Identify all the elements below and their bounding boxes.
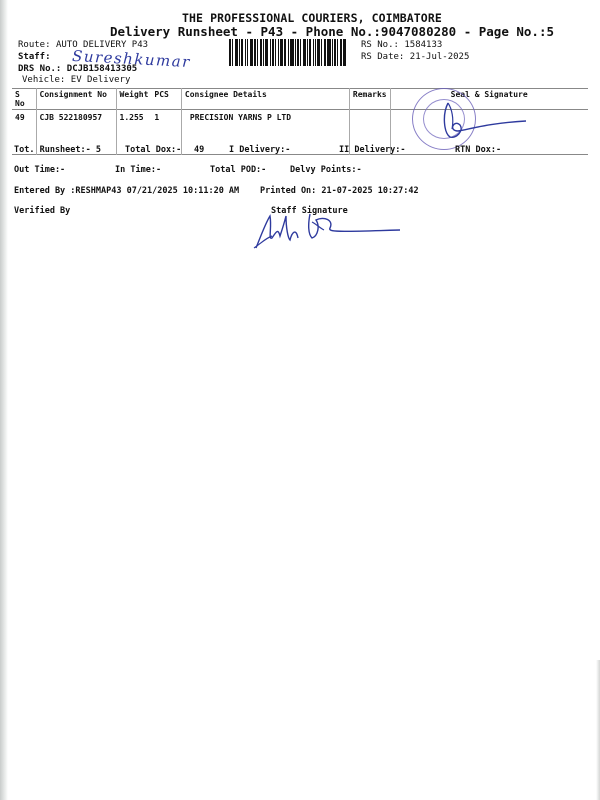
delvy-points: Delvy Points:- bbox=[290, 165, 362, 175]
col-consignment-no: Consignment No bbox=[36, 89, 116, 110]
out-time: Out Time:- bbox=[14, 165, 65, 175]
scan-edge-right bbox=[596, 660, 600, 800]
total-pod: Total POD:- bbox=[210, 165, 266, 175]
ii-delivery: II Delivery:- bbox=[339, 145, 406, 155]
vehicle-value: EV Delivery bbox=[71, 75, 131, 85]
i-delivery: I Delivery:- bbox=[229, 145, 290, 155]
tot-runsheet: Tot. Runsheet:- 5 bbox=[14, 145, 101, 155]
rs-no-line: RS No.: 1584133 bbox=[361, 40, 442, 50]
col-s-no: S No bbox=[12, 89, 36, 110]
col-remarks: Remarks bbox=[349, 89, 390, 110]
in-time: In Time:- bbox=[115, 165, 161, 175]
vehicle-line: Vehicle: EV Delivery bbox=[22, 75, 130, 85]
col-pcs: PCS bbox=[151, 89, 181, 110]
rs-date-label: RS Date: bbox=[361, 52, 404, 62]
total-dox-value: 49 bbox=[194, 145, 204, 155]
staff-label: Staff: bbox=[18, 52, 51, 62]
drs-value: DCJB158413305 bbox=[67, 64, 137, 74]
route-label: Route: bbox=[18, 40, 51, 50]
col-weight: Weight bbox=[116, 89, 151, 110]
barcode bbox=[229, 39, 355, 66]
vehicle-label: Vehicle: bbox=[22, 75, 65, 85]
runsheet-subtitle: Delivery Runsheet - P43 - Phone No.:9047… bbox=[110, 24, 554, 39]
scan-edge-left bbox=[0, 0, 8, 800]
seal-signature-scribble bbox=[430, 95, 530, 145]
rs-no-value: 1584133 bbox=[404, 40, 442, 50]
entered-by: Entered By :RESHMAP43 07/21/2025 10:11:2… bbox=[14, 186, 239, 196]
total-dox-label: Total Dox:- bbox=[125, 145, 181, 155]
verified-by: Verified By bbox=[14, 206, 70, 216]
drs-line: DRS No.: DCJB158413305 bbox=[18, 64, 137, 74]
company-title: THE PROFESSIONAL COURIERS, COIMBATORE bbox=[182, 11, 442, 25]
rs-date-line: RS Date: 21-Jul-2025 bbox=[361, 52, 469, 62]
staff-signature-scribble bbox=[250, 208, 410, 253]
rs-no-label: RS No.: bbox=[361, 40, 399, 50]
col-consignee-details: Consignee Details bbox=[181, 89, 349, 110]
rtn-dox: RTN Dox:- bbox=[455, 145, 501, 155]
rs-date-value: 21-Jul-2025 bbox=[410, 52, 470, 62]
printed-on: Printed On: 21-07-2025 10:27:42 bbox=[260, 186, 419, 196]
drs-label: DRS No.: bbox=[18, 64, 61, 74]
